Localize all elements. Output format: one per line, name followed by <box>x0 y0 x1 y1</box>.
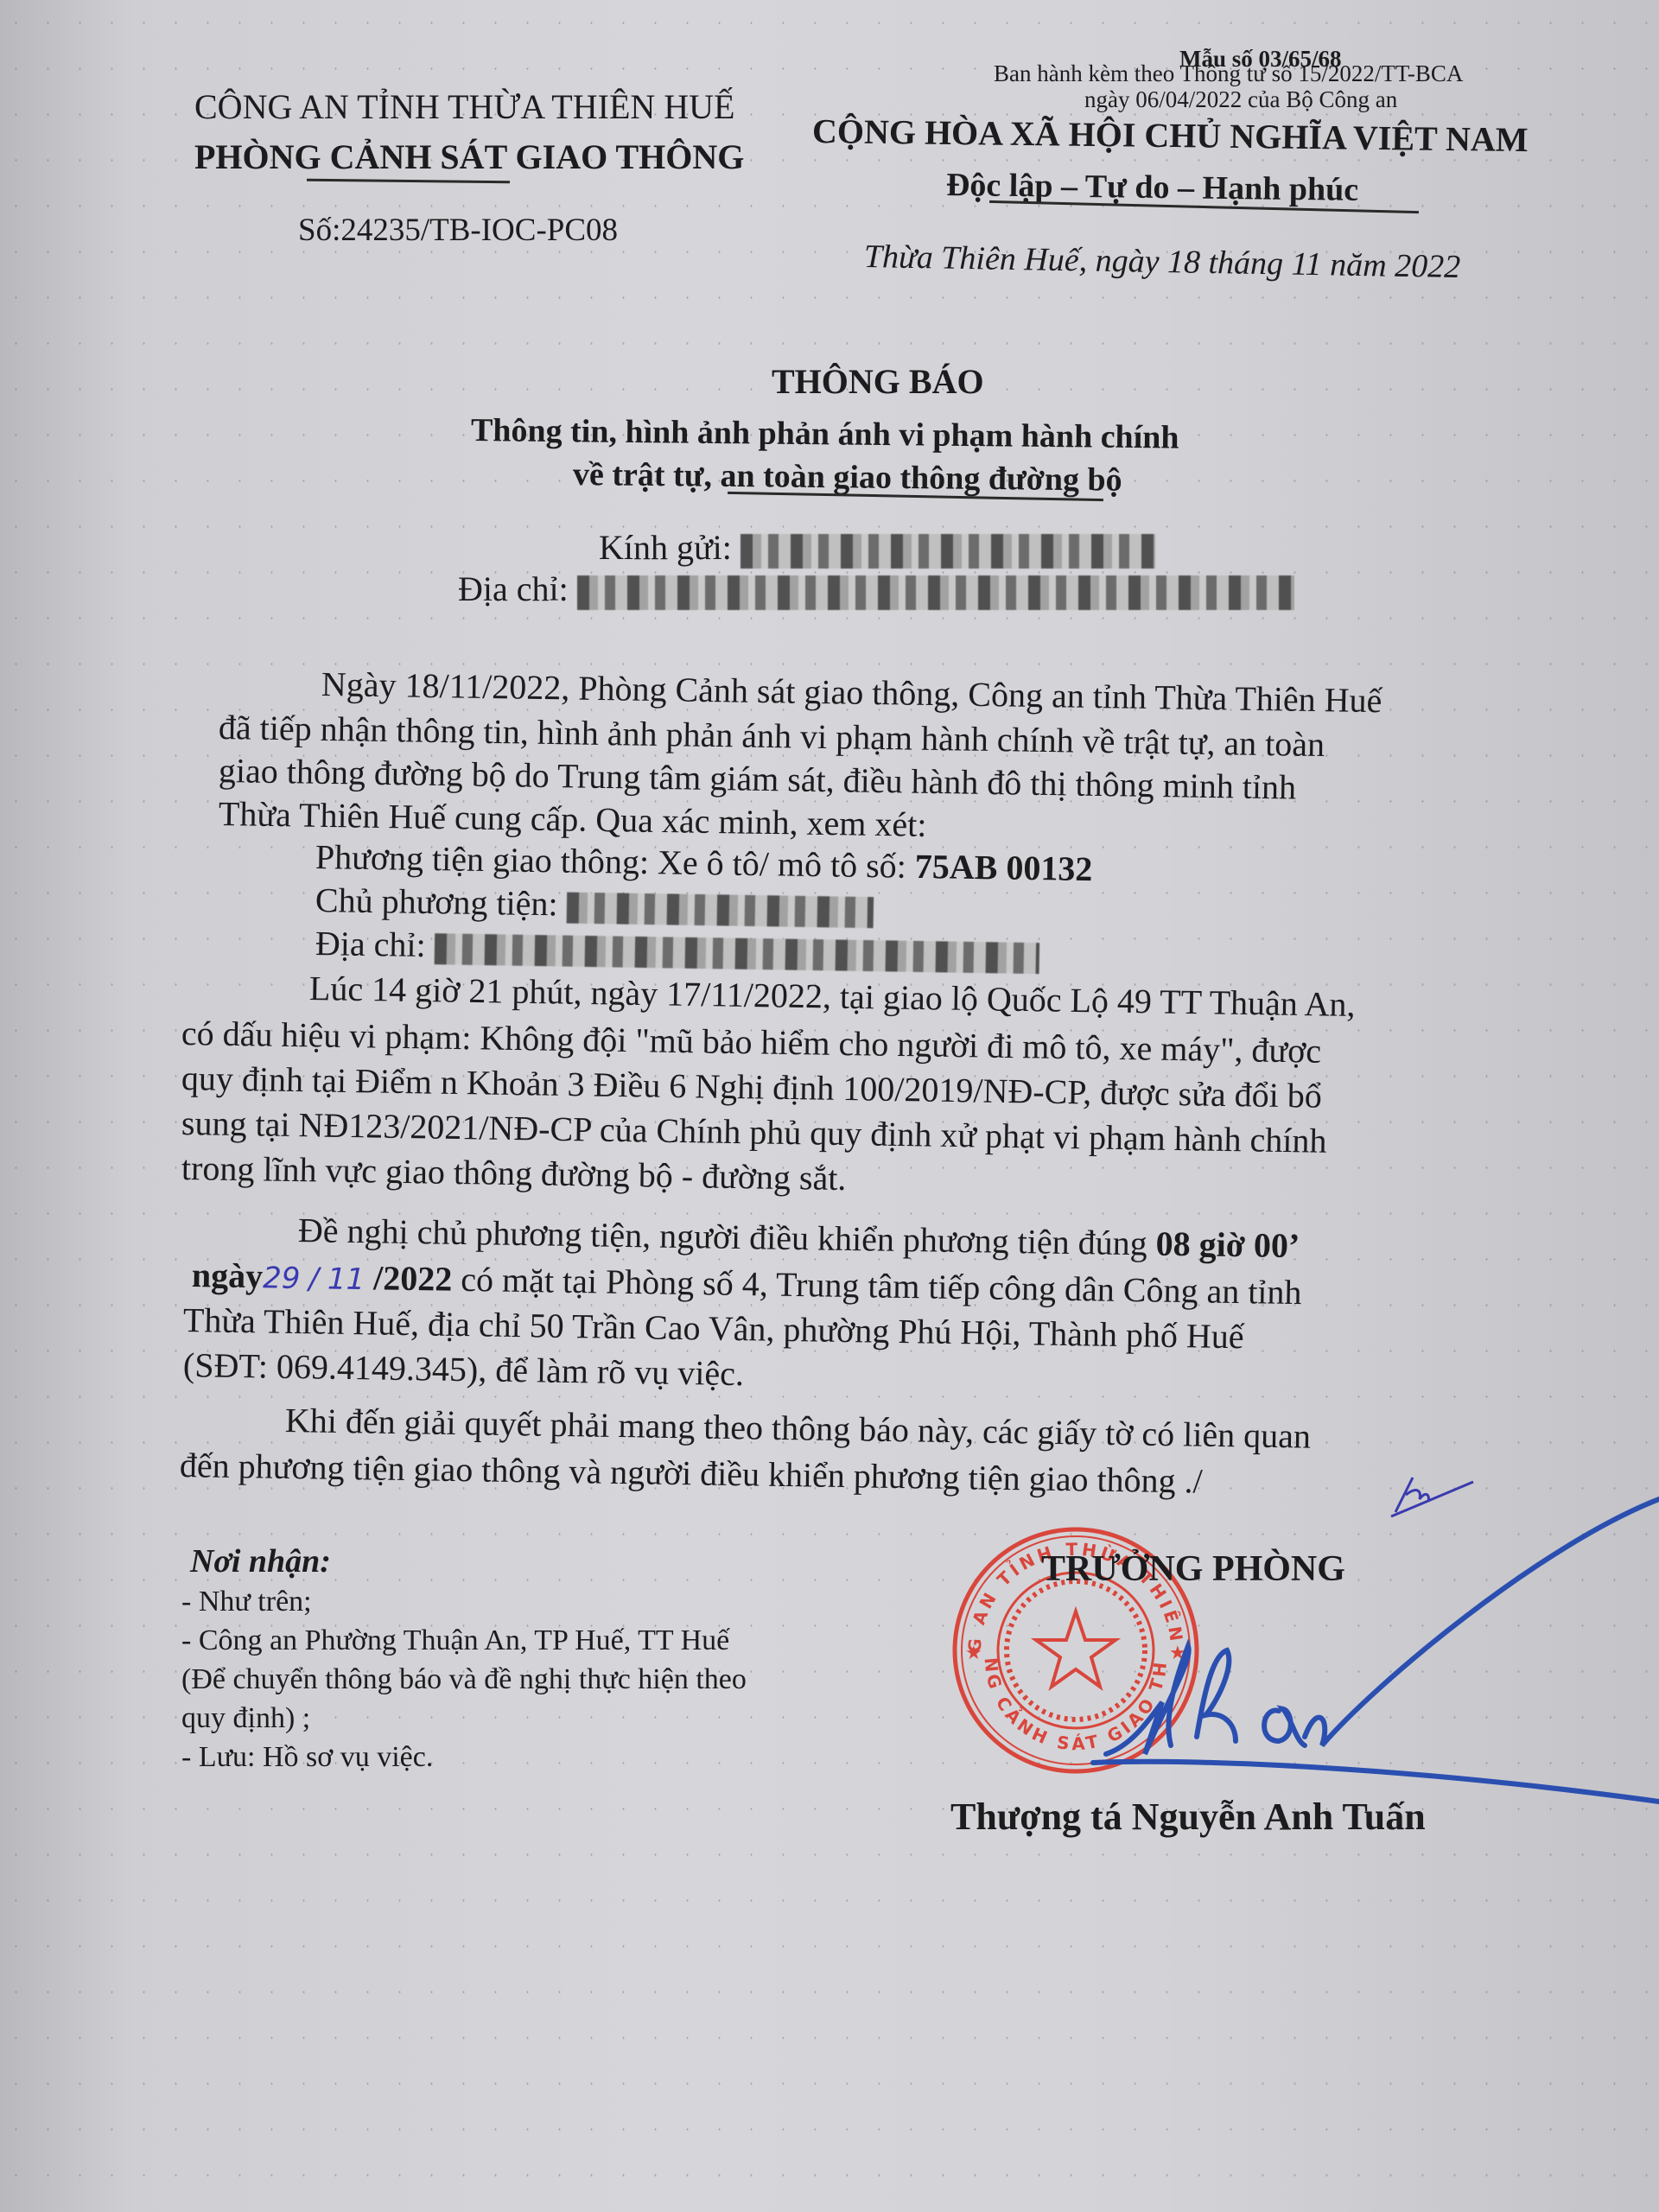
address-redacted <box>577 575 1294 610</box>
p4-line: đến phương tiện giao thông và người điều… <box>180 1445 1203 1502</box>
p3-line4: (SĐT: 069.4149.345), để làm rõ vụ việc. <box>183 1344 745 1394</box>
p3-line1: Đề nghị chủ phương tiện, người điều khiể… <box>298 1210 1300 1266</box>
issued-with: Ban hành kèm theo Thông tư số 15/2022/TT… <box>994 60 1463 87</box>
addressee-redacted <box>741 534 1155 569</box>
document-title: THÔNG BÁO <box>772 361 984 402</box>
owner-row: Chủ phương tiện: <box>315 880 874 929</box>
addressee-row: Kính gửi: <box>599 527 1155 569</box>
notice-document: CÔNG AN TỈNH THỪA THIÊN HUẾ PHÒNG CẢNH S… <box>0 0 1659 2212</box>
department-underline <box>307 179 510 183</box>
address-label: Địa chỉ: <box>458 569 569 608</box>
department-name: PHÒNG CẢNH SÁT GIAO THÔNG <box>194 137 744 177</box>
p3-text: Đề nghị chủ phương tiện, người điều khiể… <box>298 1211 1147 1262</box>
document-number: Số:24235/TB-IOC-PC08 <box>298 212 618 249</box>
svg-text:★: ★ <box>965 1642 982 1663</box>
appointment-day-label: ngày <box>192 1255 264 1295</box>
signature-icon <box>1020 1495 1659 1815</box>
vehicle-label: Phương tiện giao thông: Xe ô tô/ mô tô s… <box>315 837 907 886</box>
recipient-item: - Công an Phường Thuận An, TP Huế, TT Hu… <box>181 1624 729 1657</box>
appointment-year: /2022 <box>373 1258 453 1298</box>
issued-date: ngày 06/04/2022 của Bộ Công an <box>1084 86 1397 113</box>
place-and-date: Thừa Thiên Huế, ngày 18 tháng 11 năm 202… <box>864 238 1461 286</box>
vehicle-plate: 75AB 00132 <box>914 847 1092 888</box>
p3-text: có mặt tại Phòng số 4, Trung tâm tiếp cô… <box>461 1260 1302 1312</box>
document-subtitle-line2: về trật tự, an toàn giao thông đường bộ <box>573 455 1122 499</box>
p2-line: Lúc 14 giờ 21 phút, ngày 17/11/2022, tại… <box>309 968 1356 1025</box>
owner-address-redacted <box>434 933 1039 974</box>
address-row: Địa chỉ: <box>458 569 1294 610</box>
addressee-label: Kính gửi: <box>599 528 732 567</box>
owner-redacted <box>566 892 874 928</box>
handwritten-day: 29 <box>263 1261 301 1296</box>
appointment-time: 08 giờ 00’ <box>1155 1224 1300 1266</box>
p2-line: trong lĩnh vực giao thông đường bộ - đườ… <box>181 1147 847 1198</box>
owner-label: Chủ phương tiện: <box>315 880 558 923</box>
agency-name: CÔNG AN TỈNH THỪA THIÊN HUẾ <box>194 86 734 127</box>
nation-heading: CỘNG HÒA XÃ HỘI CHỦ NGHĨA VIỆT NAM <box>812 111 1529 160</box>
recipients-title: Nơi nhận: <box>190 1542 331 1580</box>
recipient-item: (Để chuyển thông báo và đề nghị thực hiệ… <box>181 1663 747 1696</box>
recipient-item: - Như trên; <box>181 1586 312 1618</box>
recipient-item: quy định) ; <box>181 1702 310 1735</box>
owner-address-label: Địa chỉ: <box>315 924 426 964</box>
document-subtitle-line1: Thông tin, hình ảnh phản ánh vi phạm hàn… <box>471 411 1179 457</box>
recipient-item: - Lưu: Hồ sơ vụ việc. <box>181 1741 433 1774</box>
handwritten-month: 11 <box>327 1262 365 1297</box>
owner-address-row: Địa chỉ: <box>315 923 1039 975</box>
